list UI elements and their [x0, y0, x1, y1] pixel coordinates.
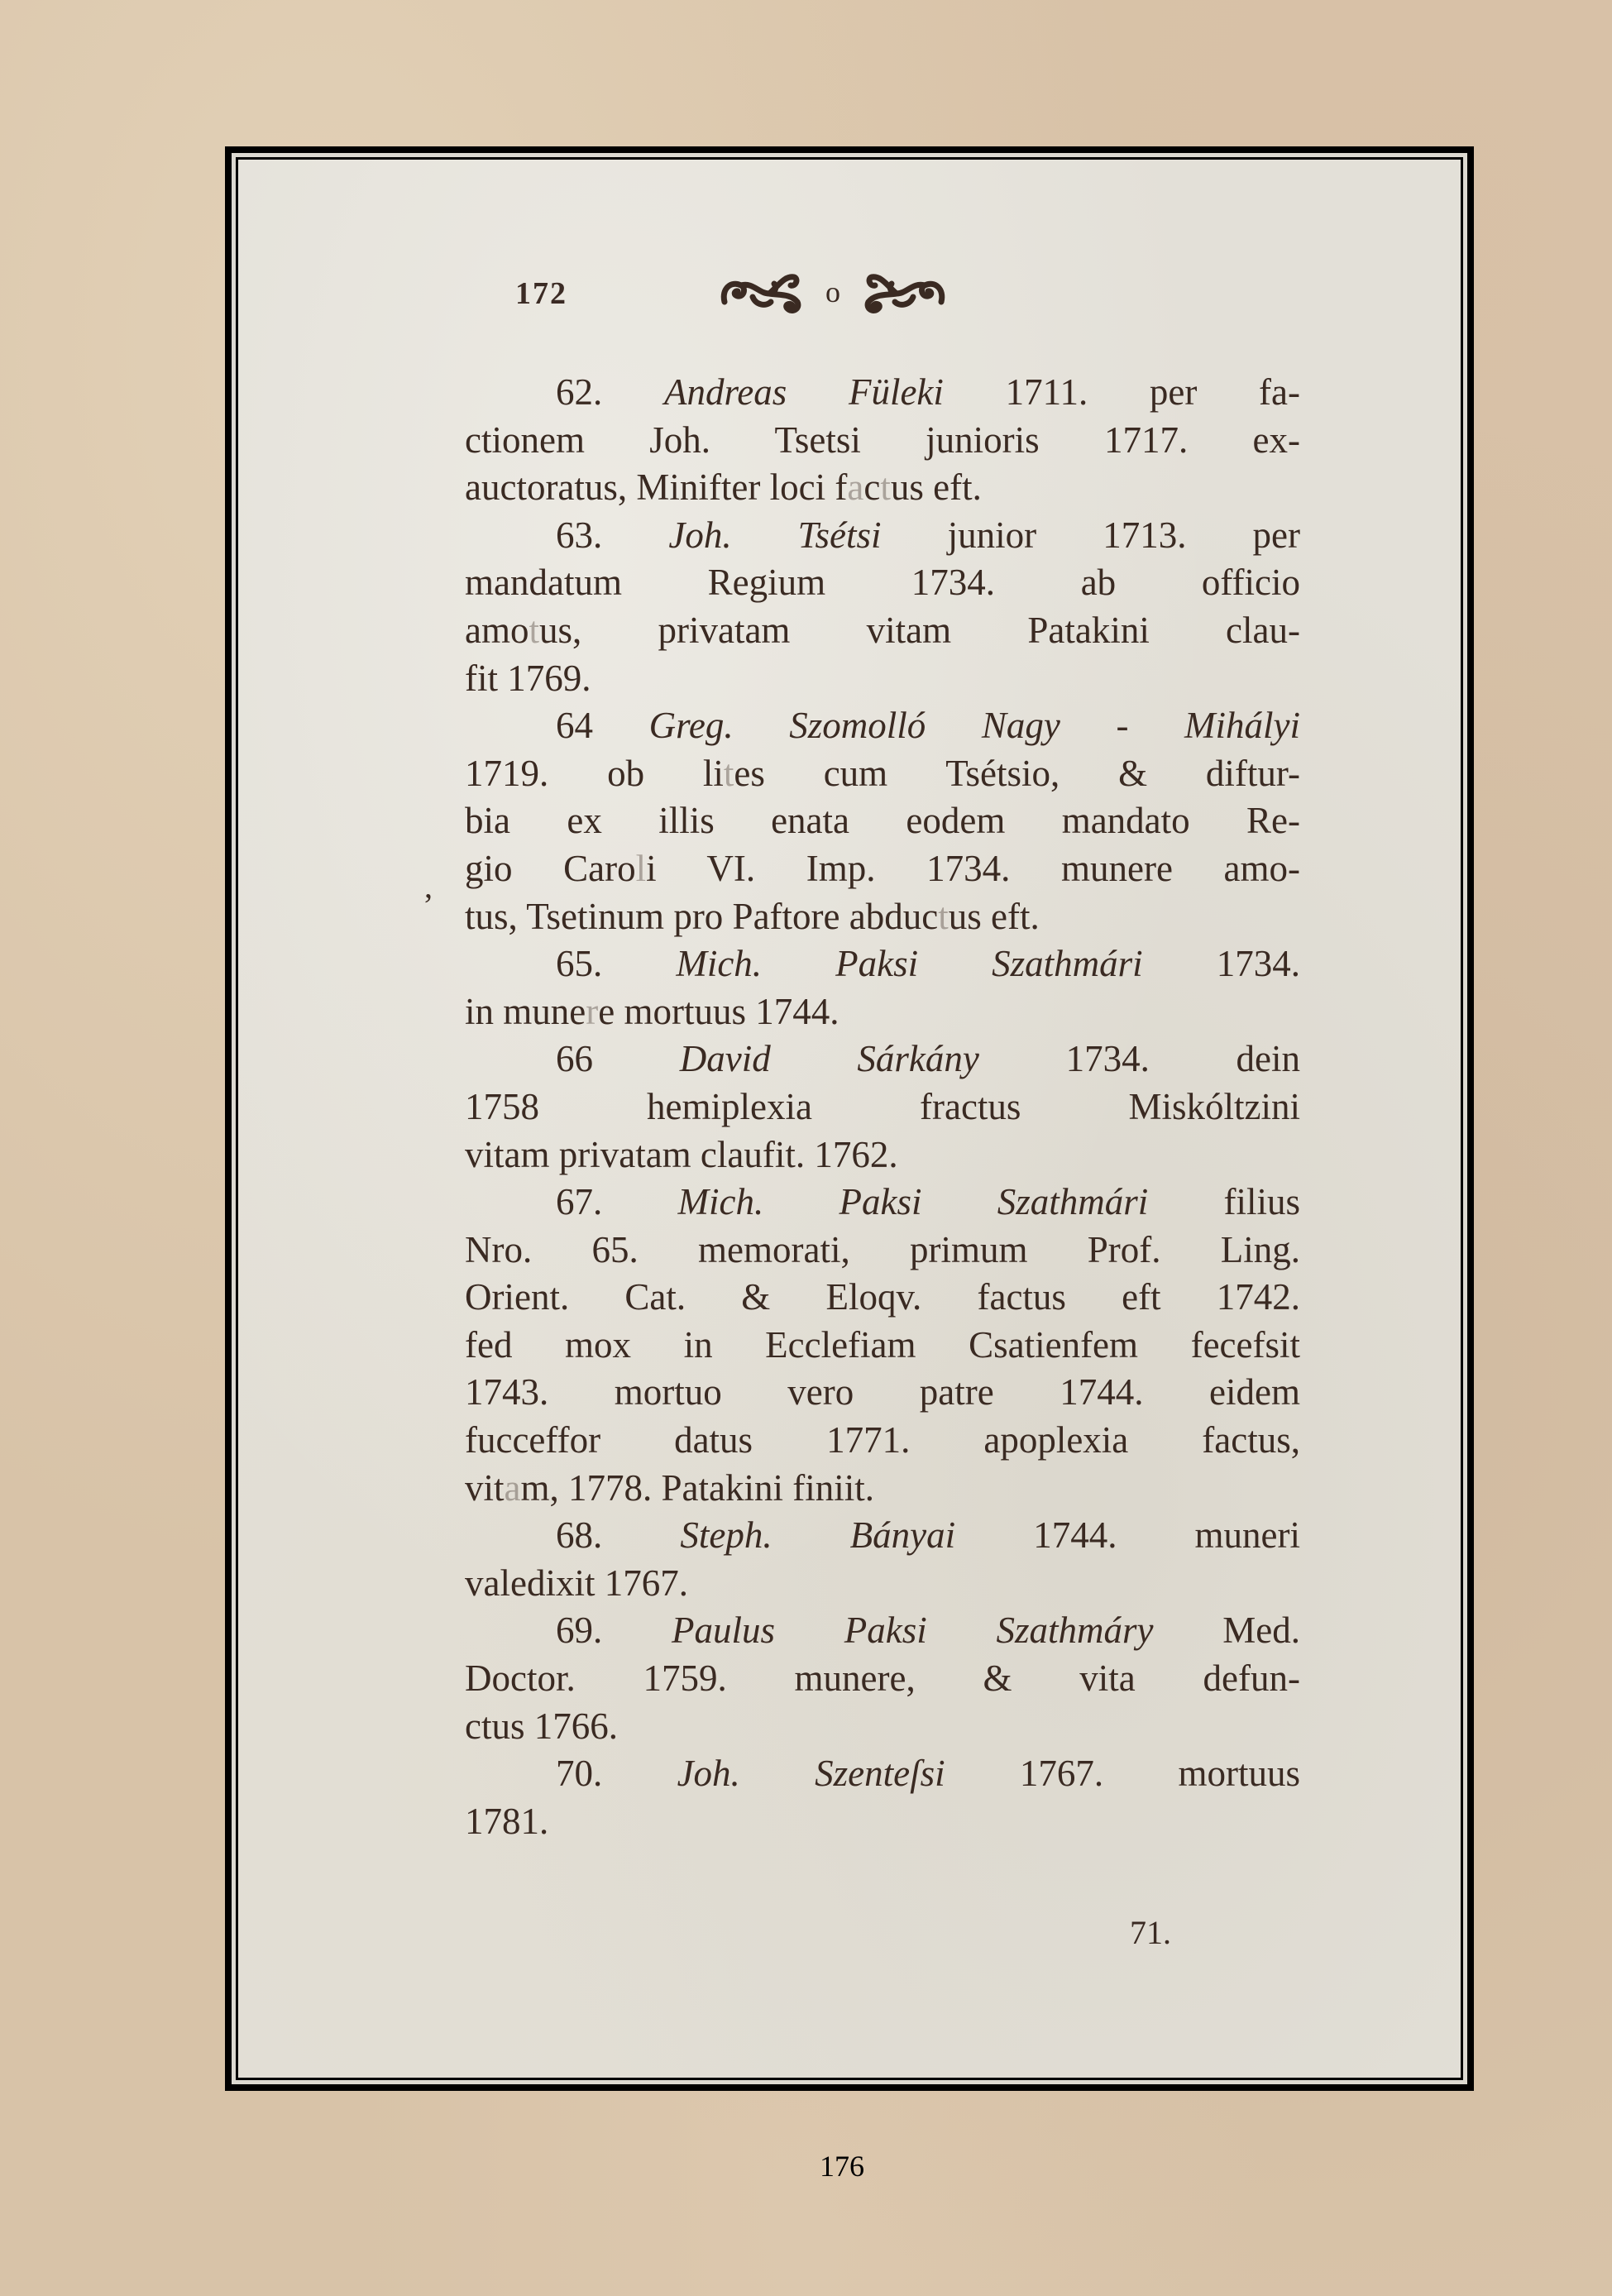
text-line: 66 David Sárkány 1734. dein [465, 1036, 1300, 1083]
text-run: 1734. [1143, 943, 1300, 984]
text-run: fed mox in Ecclefiam Csatienfem fecefsit [465, 1324, 1300, 1366]
name-italic: Paulus Paksi Szathmáry [672, 1610, 1153, 1651]
text-run: 1767. mortuus [945, 1753, 1300, 1794]
text-line: 65. Mich. Paksi Szathmári 1734. [465, 940, 1300, 988]
text-line: 1758 hemiplexia fractus Miskóltzini [465, 1083, 1300, 1131]
text-line: 1781. [465, 1798, 1300, 1846]
text-line: 1719. ob lites cum Tsétsio, & diftur- [465, 750, 1300, 798]
text-run: 68. [556, 1514, 680, 1556]
header-ornament: o [720, 267, 946, 317]
name-italic: Joh. Tsétsi [668, 514, 881, 556]
text-run: amo [465, 610, 529, 651]
text-line: 1743. mortuo vero patre 1744. eidem [465, 1369, 1300, 1417]
fleuron-left-icon [720, 269, 802, 315]
body-text: 62. Andreas Füleki 1711. per fa-ctionem … [465, 369, 1300, 1845]
page-frame: 172 o , 62. Andreas Fülek [225, 146, 1474, 2091]
text-run: us eft. [891, 466, 982, 508]
text-run: 69. [556, 1610, 672, 1651]
text-run: r [586, 991, 598, 1032]
footer-page-number: 176 [820, 2149, 864, 2184]
fleuron-right-icon [863, 269, 946, 315]
text-run: ctionem Joh. Tsetsi junioris 1717. ex- [465, 419, 1300, 461]
text-run: a [505, 1467, 521, 1509]
text-run: 1744. muneri [955, 1514, 1300, 1556]
name-italic: Andreas Füleki [664, 371, 944, 413]
text-run: valedixit 1767. [465, 1562, 688, 1604]
text-run: c [863, 466, 880, 508]
text-run: 65. [556, 943, 676, 984]
text-run: t [938, 896, 949, 937]
text-run: t [724, 753, 734, 794]
text-run: 66 [556, 1038, 680, 1079]
name-italic: David Sárkány [680, 1038, 979, 1079]
ornament-center: o [825, 277, 840, 307]
text-line: Orient. Cat. & Eloqv. factus eft 1742. [465, 1274, 1300, 1322]
text-run: 63. [556, 514, 668, 556]
text-run: t [529, 610, 539, 651]
text-run: a [847, 466, 863, 508]
text-line: fit 1769. [465, 655, 1300, 703]
text-line: 69. Paulus Paksi Szathmáry Med. [465, 1607, 1300, 1655]
text-run: i VI. Imp. 1734. munere amo- [646, 848, 1300, 889]
text-line: auctoratus, Minifter loci factus eft. [465, 464, 1300, 512]
text-run: vitam privatam claufit. 1762. [465, 1134, 898, 1175]
entry-2: 64 Greg. Szomolló Nagy - Mihályi1719. ob… [465, 702, 1300, 940]
text-run: filius [1148, 1181, 1300, 1222]
text-run: vit [465, 1467, 505, 1509]
text-line: ctus 1766. [465, 1703, 1300, 1751]
name-italic: Joh. Szenteſsi [677, 1753, 945, 1794]
text-line: 70. Joh. Szenteſsi 1767. mortuus [465, 1750, 1300, 1798]
text-run: l [636, 848, 647, 889]
text-line: 67. Mich. Paksi Szathmári filius [465, 1179, 1300, 1227]
name-italic: Mich. Paksi Szathmári [676, 943, 1142, 984]
text-run: pro Paftore abduc [664, 896, 938, 937]
text-run: us, privatam vitam Patakini clau- [539, 610, 1300, 651]
text-line: vitam privatam claufit. 1762. [465, 1131, 1300, 1179]
entry-0: 62. Andreas Füleki 1711. per fa-ctionem … [465, 369, 1300, 512]
text-run: e mortuus 1744. [598, 991, 839, 1032]
entry-5: 67. Mich. Paksi Szathmári filiusNro. 65.… [465, 1179, 1300, 1512]
entry-1: 63. Joh. Tsétsi junior 1713. permandatum… [465, 512, 1300, 702]
text-run: Med. [1154, 1610, 1301, 1651]
text-run: 62. [556, 371, 664, 413]
catchword: 71. [1130, 1913, 1171, 1952]
scan-page-number: 172 [515, 275, 567, 312]
text-run: 64 [556, 705, 649, 746]
text-line: ctionem Joh. Tsetsi junioris 1717. ex- [465, 417, 1300, 465]
text-run: 1734. dein [979, 1038, 1300, 1079]
text-run: fucceffor datus 1771. apoplexia factus, [465, 1419, 1300, 1461]
text-run: 67. [556, 1181, 678, 1222]
text-run: bia ex illis enata eodem mandato Re- [465, 800, 1300, 841]
text-line: mandatum Regium 1734. ab officio [465, 559, 1300, 607]
scanned-page: 172 o , 62. Andreas Fülek [236, 157, 1463, 2080]
entry-6: 68. Steph. Bányai 1744. munerivaledixit … [465, 1512, 1300, 1607]
name-italic: Greg. Szomolló Nagy - Mihályi [649, 705, 1300, 746]
text-run: tus, Tsetinu [465, 896, 635, 937]
entry-3: 65. Mich. Paksi Szathmári 1734.in munere… [465, 940, 1300, 1036]
text-run: 1743. mortuo vero patre 1744. eidem [465, 1371, 1300, 1413]
text-line: 63. Joh. Tsétsi junior 1713. per [465, 512, 1300, 560]
text-run: Doctor. 1759. munere, & vita defun- [465, 1657, 1300, 1699]
text-line: gio Caroli VI. Imp. 1734. munere amo- [465, 845, 1300, 893]
text-run: mandatum Regium 1734. ab officio [465, 562, 1300, 603]
page-frame-gap: 172 o , 62. Andreas Fülek [232, 153, 1467, 2084]
text-run: junior 1713. per [882, 514, 1300, 556]
text-line: Doctor. 1759. munere, & vita defun- [465, 1655, 1300, 1703]
text-run: 1781. [465, 1801, 548, 1842]
text-line: tus, Tsetinum pro Paftore abductus eft. [465, 893, 1300, 941]
text-run: t [880, 466, 891, 508]
text-line: amotus, privatam vitam Patakini clau- [465, 607, 1300, 655]
text-run: Nro. 65. memorati, primum Prof. Ling. [465, 1229, 1300, 1270]
text-line: 62. Andreas Füleki 1711. per fa- [465, 369, 1300, 417]
text-line: Nro. 65. memorati, primum Prof. Ling. [465, 1227, 1300, 1275]
text-run: ctus 1766. [465, 1705, 618, 1747]
text-line: vitam, 1778. Patakini finiit. [465, 1465, 1300, 1513]
text-run: 70. [556, 1753, 677, 1794]
name-italic: Steph. Bányai [680, 1514, 955, 1556]
text-line: 68. Steph. Bányai 1744. muneri [465, 1512, 1300, 1560]
text-line: fucceffor datus 1771. apoplexia factus, [465, 1417, 1300, 1465]
text-run: 1711. per fa- [944, 371, 1300, 413]
text-run: in mune [465, 991, 586, 1032]
entry-4: 66 David Sárkány 1734. dein1758 hemiplex… [465, 1036, 1300, 1179]
text-run: fit 1769. [465, 658, 591, 699]
text-run: Orient. Cat. & Eloqv. factus eft 1742. [465, 1276, 1300, 1318]
text-run: auctoratus, Minifter loci f [465, 466, 847, 508]
text-run: gio Caro [465, 848, 636, 889]
text-line: in munere mortuus 1744. [465, 988, 1300, 1036]
text-run: m, 1778. Patakini finiit. [521, 1467, 874, 1509]
entry-8: 70. Joh. Szenteſsi 1767. mortuus1781. [465, 1750, 1300, 1845]
text-run: 1758 hemiplexia fractus Miskóltzini [465, 1086, 1300, 1127]
text-run: es cum Tsétsio, & diftur- [734, 753, 1300, 794]
text-line: fed mox in Ecclefiam Csatienfem fecefsit [465, 1322, 1300, 1370]
text-line: 64 Greg. Szomolló Nagy - Mihályi [465, 702, 1300, 750]
text-line: valedixit 1767. [465, 1560, 1300, 1608]
entry-7: 69. Paulus Paksi Szathmáry Med.Doctor. 1… [465, 1607, 1300, 1750]
text-run: m [635, 896, 664, 937]
text-line: bia ex illis enata eodem mandato Re- [465, 797, 1300, 845]
text-run: 1719. ob li [465, 753, 724, 794]
name-italic: Mich. Paksi Szathmári [678, 1181, 1149, 1222]
text-run: us eft. [949, 896, 1040, 937]
margin-mark: , [424, 867, 433, 906]
